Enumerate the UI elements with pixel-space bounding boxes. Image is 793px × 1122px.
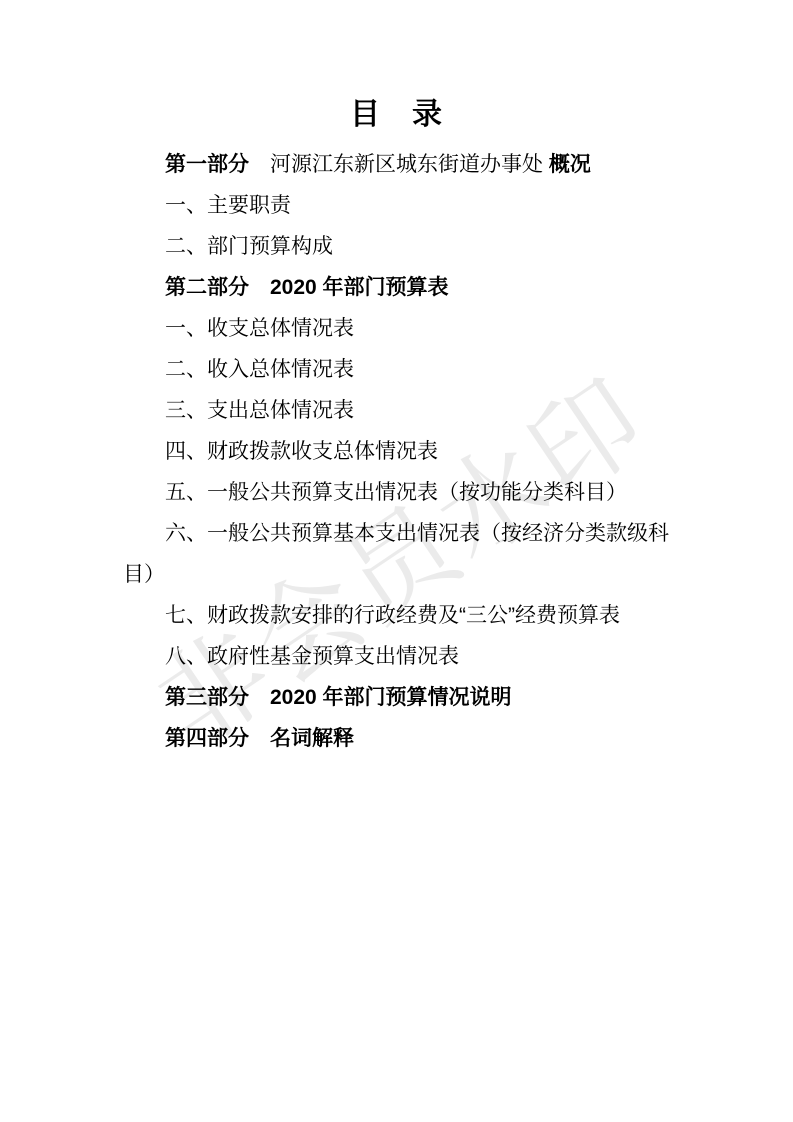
- toc-section-heading: 第四部分 名词解释: [123, 718, 673, 759]
- toc-part-label: 第一部分: [165, 153, 249, 176]
- toc-item: 二、部门预算构成: [123, 226, 673, 267]
- toc-item: 六、一般公共预算基本支出情况表（按经济分类款级科目）: [123, 513, 673, 595]
- toc-entry-text: 六、一般公共预算基本支出情况表（按经济分类款级科目）: [123, 522, 669, 586]
- toc-item: 一、收支总体情况表: [123, 308, 673, 349]
- toc-item: 五、一般公共预算支出情况表（按功能分类科目）: [123, 472, 673, 513]
- toc-entry-text: 二、收入总体情况表: [165, 358, 354, 381]
- toc-entry-text: 三、支出总体情况表: [165, 399, 354, 422]
- toc-entry-text: 一、收支总体情况表: [165, 317, 354, 340]
- toc-section-heading: 第三部分 2020 年部门预算情况说明: [123, 677, 673, 718]
- toc-item: 一、主要职责: [123, 185, 673, 226]
- toc-entry-text: 二、部门预算构成: [165, 235, 333, 258]
- toc-part-label: 第四部分 名词解释: [165, 727, 354, 750]
- toc-section-heading: 第一部分 河源江东新区城东街道办事处 概况: [123, 144, 673, 185]
- page-title: 目 录: [0, 0, 793, 134]
- document-page: 非会员水印 目 录 第一部分 河源江东新区城东街道办事处 概况 一、主要职责 二…: [0, 0, 793, 1122]
- toc-item: 四、财政拨款收支总体情况表: [123, 431, 673, 472]
- toc-entry-text: 四、财政拨款收支总体情况表: [165, 440, 438, 463]
- toc-entry-text: 五、一般公共预算支出情况表（按功能分类科目）: [165, 481, 627, 504]
- toc-item: 七、财政拨款安排的行政经费及“三公”经费预算表: [123, 595, 673, 636]
- toc-entry-bold-suffix: 概况: [549, 153, 591, 176]
- toc-part-label: 第三部分 2020 年部门预算情况说明: [165, 686, 512, 709]
- toc-entry-text: 河源江东新区城东街道办事处: [249, 153, 549, 176]
- toc-item: 二、收入总体情况表: [123, 349, 673, 390]
- toc-entry-text: 八、政府性基金预算支出情况表: [165, 645, 459, 668]
- toc-part-label: 第二部分 2020 年部门预算表: [165, 276, 449, 299]
- table-of-contents: 第一部分 河源江东新区城东街道办事处 概况 一、主要职责 二、部门预算构成 第二…: [0, 144, 673, 759]
- toc-item: 三、支出总体情况表: [123, 390, 673, 431]
- toc-entry-text: 一、主要职责: [165, 194, 291, 217]
- toc-section-heading: 第二部分 2020 年部门预算表: [123, 267, 673, 308]
- toc-item: 八、政府性基金预算支出情况表: [123, 636, 673, 677]
- toc-entry-text: 七、财政拨款安排的行政经费及“三公”经费预算表: [165, 604, 620, 627]
